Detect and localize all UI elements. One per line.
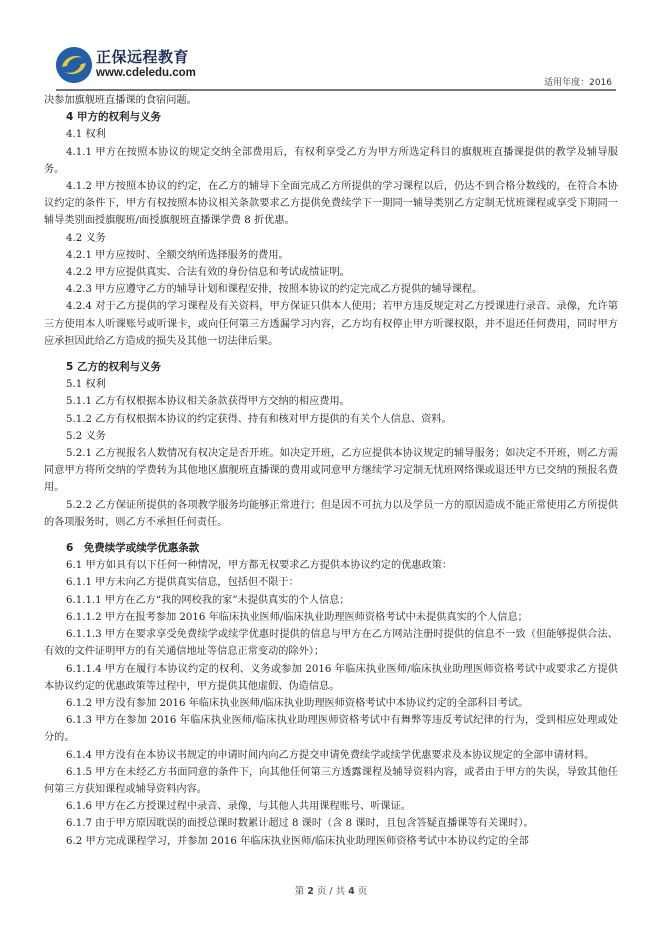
clause-paragraph: 6.1.1.1 甲方在乙方“我的网校我的家”未提供真实的个人信息；: [44, 592, 618, 609]
clause-paragraph: 4.1.1 甲方在按照本协议的规定交纳全部费用后，有权利享受乙方为甲方所选定科目…: [44, 144, 618, 178]
clause-paragraph: 6.1.1.4 甲方在履行本协议约定的权利、义务或参加 2016 年临床执业医师…: [44, 661, 618, 695]
clause-paragraph: 4.2.4 对于乙方提供的学习课程及有关资料，甲方保证只供本人使用；若甲方违反规…: [44, 298, 618, 350]
clause-paragraph: 6.1.5 甲方在未经乙方书面同意的条件下，向其他任何第三方透露课程及辅导资料内…: [44, 764, 618, 798]
clause-paragraph: 6.1 甲方如具有以下任何一种情况，甲方都无权要求乙方提供本协议约定的优惠政策：: [44, 557, 618, 574]
total-pages-number: 4: [348, 886, 355, 897]
clause-paragraph: 4.2.2 甲方应提供真实、合法有效的身份信息和考试成绩证明。: [44, 264, 618, 281]
clause-paragraph: 6.1.1.3 甲方在要求享受免费续学或续学优惠时提供的信息与甲方在乙方网站注册…: [44, 626, 618, 660]
clause-paragraph: 6.1.1.2 甲方在报考参加 2016 年临床执业医师/临床执业助理医师资格考…: [44, 609, 618, 626]
clause-paragraph: 5.1.1 乙方有权根据本协议相关条款获得甲方交纳的相应费用。: [44, 393, 618, 410]
section-heading: 4 甲方的权利与义务: [44, 109, 618, 126]
section-gap: [44, 350, 618, 359]
page-header: 正保远程教育 www.cdeledu.com 适用年度：2016: [56, 45, 616, 93]
applicable-year: 适用年度：2016: [544, 75, 612, 88]
clause-paragraph: 6.1.2 甲方没有参加 2016 年临床执业医师/临床执业助理医师资格考试中本…: [44, 695, 618, 712]
clause-paragraph: 6.1.3 甲方在参加 2016 年临床执业医师/临床执业助理医师资格考试中有舞…: [44, 712, 618, 746]
page-footer: 第 2 页 / 共 4 页: [0, 883, 662, 897]
clause-paragraph: 6.1.6 甲方在乙方授课过程中录音、录像，与其他人共用课程账号、听课证。: [44, 798, 618, 815]
logo-icon: [56, 47, 92, 83]
brand-name: 正保远程教育: [96, 48, 196, 66]
clause-paragraph: 5.1 权利: [44, 376, 618, 393]
clause-paragraph: 6.1.7 由于甲方原因耽误的面授总课时数累计超过 8 课时（含 8 课时，且包…: [44, 815, 618, 832]
section-heading: 6 免费续学或续学优惠条款: [44, 540, 618, 557]
header-divider: [56, 89, 616, 91]
clause-paragraph: 4.2.3 甲方应遵守乙方的辅导计划和课程安排，按照本协议的约定完成乙方提供的辅…: [44, 281, 618, 298]
section-heading: 5 乙方的权利与义务: [44, 359, 618, 376]
clause-paragraph: 4.2.1 甲方应按时、全额交纳所选择服务的费用。: [44, 247, 618, 264]
clause-paragraph: 5.2.2 乙方保证所提供的各项教学服务均能够正常进行；但是因不可抗力以及学员一…: [44, 497, 618, 531]
brand-url[interactable]: www.cdeledu.com: [96, 66, 196, 80]
clause-paragraph: 5.2.1 乙方视报名人数情况有权决定是否开班。如决定开班，乙方应提供本协议规定…: [44, 445, 618, 497]
clause-paragraph: 4.1.2 甲方按照本协议的约定，在乙方的辅导下全面完成乙方所提供的学习课程以后…: [44, 178, 618, 230]
clause-paragraph: 4.1 权利: [44, 126, 618, 143]
current-page-number: 2: [307, 886, 314, 897]
clause-paragraph: 4.2 义务: [44, 230, 618, 247]
footer-suffix: 页: [355, 886, 368, 897]
footer-prefix: 第: [295, 886, 308, 897]
footer-middle: 页 / 共: [314, 886, 348, 897]
clause-paragraph: 决参加旗舰班直播课的食宿问题。: [44, 92, 618, 109]
clause-paragraph: 5.1.2 乙方有权根据本协议的约定获得、持有和核对甲方提供的有关个人信息、资料…: [44, 411, 618, 428]
section-gap: [44, 531, 618, 540]
clause-paragraph: 6.1.4 甲方没有在本协议书规定的申请时间内向乙方提交申请免费续学或续学优惠要…: [44, 747, 618, 764]
brand: 正保远程教育 www.cdeledu.com: [96, 48, 196, 80]
document-body: 决参加旗舰班直播课的食宿问题。4 甲方的权利与义务4.1 权利4.1.1 甲方在…: [44, 92, 618, 850]
clause-paragraph: 6.2 甲方完成课程学习，并参加 2016 年临床执业医师/临床执业助理医师资格…: [44, 833, 618, 850]
clause-paragraph: 5.2 义务: [44, 428, 618, 445]
clause-paragraph: 6.1.1 甲方未向乙方提供真实信息，包括但不限于：: [44, 574, 618, 591]
